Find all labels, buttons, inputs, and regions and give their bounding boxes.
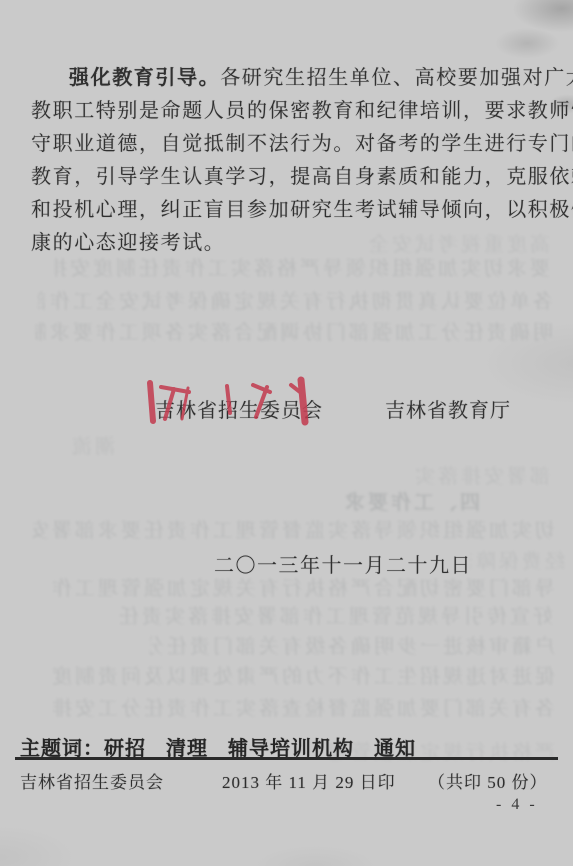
paragraph-line: 和投机心理，纠正盲目参加研究生考试辅导倾向，以积极健 bbox=[31, 194, 548, 227]
body-paragraph: 强化教育引导。各研究生招生单位、高校要加强对广大 教职工特别是命题人员的保密教育… bbox=[31, 62, 548, 260]
paragraph-line: 康的心态迎接考试。 bbox=[31, 227, 548, 260]
document-page: 高度重视考试安全 要求切实加强组织领导严格落实工作责任制度安排 各单位要认真贯彻… bbox=[0, 0, 573, 866]
paragraph-text: 各研究生招生单位、高校要加强对广大 bbox=[220, 67, 573, 89]
bleed-through-line: 切实加强组织领导落实监督管理工作责任要求部署安排到位 bbox=[33, 514, 555, 540]
bleed-through-line: 部署安排落实 bbox=[250, 460, 550, 486]
page-number: - 4 - bbox=[496, 796, 538, 814]
bleed-through-line: 促进对违规招生工作不力的严肃处理以及问责制度 bbox=[33, 660, 555, 686]
bleed-through-line: 四、工作要求 bbox=[330, 486, 480, 512]
paragraph-line: 教职工特别是命题人员的保密教育和纪律培训，要求教师恪 bbox=[31, 95, 548, 128]
paragraph-lead-bold: 强化教育引导。 bbox=[69, 67, 220, 89]
bleed-through-line: 各有关部门要加强监督检查落实工作责任分工安排 bbox=[33, 692, 555, 718]
print-copies: （共印 50 份） bbox=[428, 768, 548, 793]
paragraph-line: 教育，引导学生认真学习，提高自身素质和能力，克服依赖 bbox=[31, 161, 548, 194]
bleed-through-line: 户籍审核进一步明确各级有关部门责任分工制度安排 bbox=[150, 630, 555, 656]
print-issuer: 吉林省招生委员会 bbox=[20, 768, 164, 793]
paragraph-line: 强化教育引导。各研究生招生单位、高校要加强对广大 bbox=[31, 62, 548, 95]
bleed-through-line: 好宣传引导规范管理工作部署安排落实责任 bbox=[38, 600, 553, 626]
paragraph-line: 守职业道德，自觉抵制不法行为。对备考的学生进行专门的 bbox=[31, 128, 548, 161]
bleed-through-line: 经费保障落实 bbox=[470, 545, 565, 571]
document-date: 二〇一三年十一月二十九日 bbox=[214, 549, 472, 578]
print-info-row: 吉林省招生委员会 2013 年 11 月 29 日印 （共印 50 份） bbox=[0, 768, 573, 794]
signature-issuer-left: 吉林省招生委员会 bbox=[155, 394, 323, 423]
bleed-through-line: 明确责任分工加强部门协调配合落实各项工作要求制度 bbox=[35, 316, 553, 342]
footer-divider-rule bbox=[15, 757, 558, 760]
bleed-through-line: 潮流 bbox=[35, 430, 115, 456]
bleed-through-line: 各单位要认真贯彻执行有关规定确保考试安全工作部署 bbox=[38, 285, 553, 311]
signature-issuer-right: 吉林省教育厅 bbox=[385, 394, 511, 423]
print-date: 2013 年 11 月 29 日印 bbox=[222, 768, 396, 793]
